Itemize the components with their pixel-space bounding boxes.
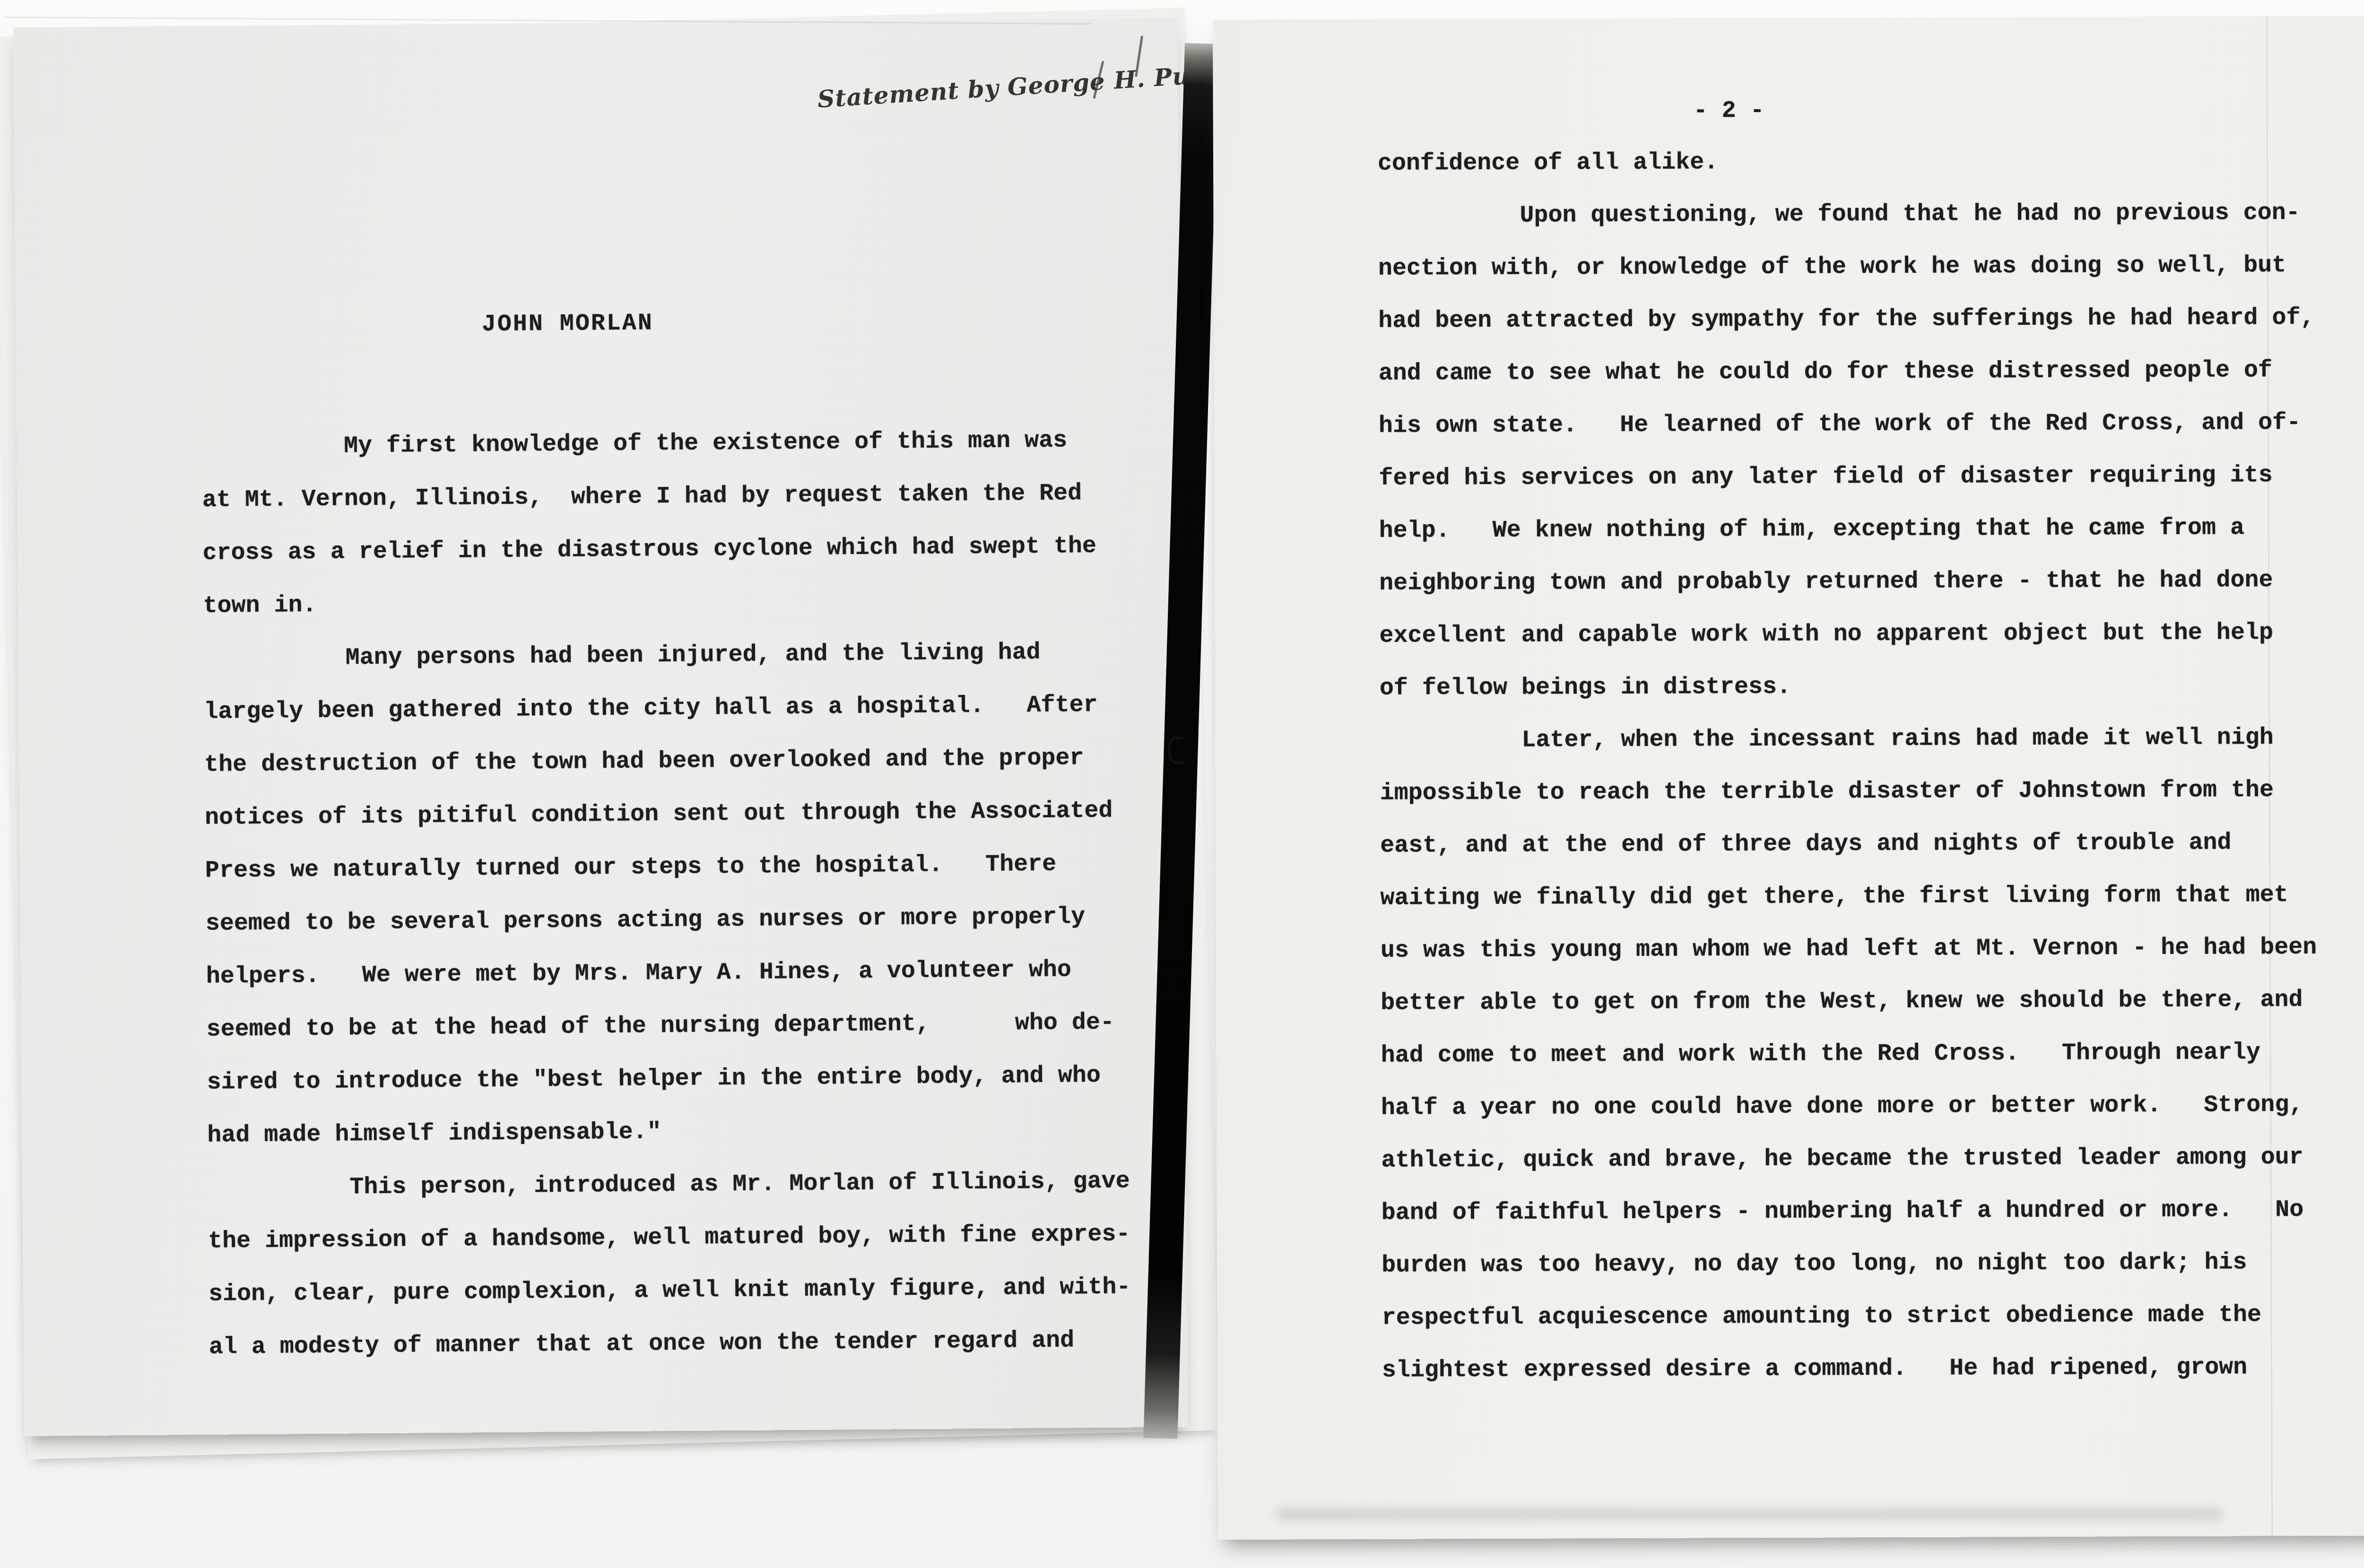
bottom-edge-shadow	[1277, 1508, 2222, 1520]
page-title: JOHN MORLAN	[482, 310, 653, 338]
page-number: - 2 -	[1694, 97, 1764, 125]
right-page: - 2 - confidence of all alike. Upon ques…	[1213, 16, 2364, 1540]
left-page-body-text: My first knowledge of the existence of t…	[202, 414, 1131, 1374]
right-page-body-text: confidence of all alike. Upon questionin…	[1378, 134, 2319, 1397]
handwritten-annotation: Statement by George H. Pullman	[817, 60, 1224, 113]
pen-squiggle-mark	[1168, 736, 1183, 764]
left-page: Statement by George H. Pullman JOHN MORL…	[13, 18, 1188, 1436]
scanned-document: Statement by George H. Pullman JOHN MORL…	[0, 0, 2364, 1568]
